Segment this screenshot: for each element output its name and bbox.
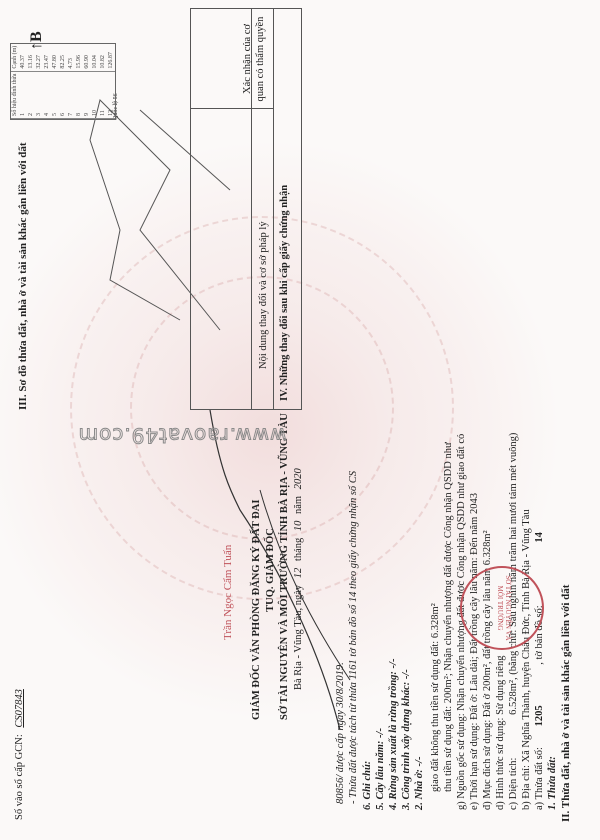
coordinate-row: 74.73 <box>67 44 75 119</box>
coordinate-row: 213.16 <box>27 44 35 119</box>
usage-term: e) Thời hạn sử dụng: Đất ở: Lâu dài; Đất… <box>468 493 481 810</box>
north-arrow-icon: ↑B <box>30 31 43 50</box>
edge-length: 126.87 <box>107 44 115 71</box>
coordinate-row: 682.25 <box>59 44 67 119</box>
vertex-number: 2 <box>27 71 35 118</box>
certificate-scan: II. Thửa đất, nhà ở và tài sản khác gắn … <box>0 0 600 840</box>
stamp-text: SỞ TÀI NGUYÊN VÀ MÔI TRƯỜNG <box>496 568 512 648</box>
register-line: Số vào sổ cấp GCN: CS07843 <box>13 689 26 820</box>
parcel-number: 1205 <box>534 705 545 726</box>
usage-form: d) Hình thức sử dụng: Sử dụng riêng <box>494 656 507 810</box>
edge-length: 82.25 <box>59 44 67 71</box>
coordinate-row: 815.96 <box>75 44 83 119</box>
vertex-number: 5 <box>51 71 59 118</box>
vertex-number: 6 <box>59 71 67 118</box>
edge-length: 10.82 <box>99 44 107 71</box>
coordinate-row: 547.80 <box>51 44 59 119</box>
usage-origin-2: thu tiền sử dụng đất: 200m²; Nhận chuyển… <box>442 442 455 792</box>
edge-length: 47.80 <box>51 44 59 71</box>
vertex-number: 7 <box>67 71 75 118</box>
coordinate-table: Số hiệu đỉnh thửaCạnh (m) 140.37213.1633… <box>10 43 116 120</box>
vertex-number: 10 <box>91 71 99 118</box>
coordinate-row: 332.27 <box>35 44 43 119</box>
vertex-number: 9 <box>83 71 91 118</box>
map-sheet-number: 14 <box>534 532 545 543</box>
edge-length: 10.04 <box>91 44 99 71</box>
edge-length: 4.73 <box>67 44 75 71</box>
area-label: c) Diện tích: <box>508 758 519 810</box>
vertex-number: 3 <box>35 71 43 118</box>
address: b) Địa chỉ: Xã Nghĩa Thành, huyện Châu Đ… <box>520 509 533 810</box>
vertex-number: 12 <box>107 71 115 118</box>
register-number: CS07843 <box>14 689 25 728</box>
coordinate-row: 1010.04 <box>91 44 99 119</box>
section2-sub1: 1. Thửa đất: <box>546 756 559 810</box>
section4-col1: Nội dung thay đổi và cơ sở pháp lý <box>257 221 270 369</box>
forest-line: 4. Rừng sản xuất là rừng trồng: -/- <box>387 659 400 810</box>
official-stamp: SỞ TÀI NGUYÊN VÀ MÔI TRƯỜNG <box>460 566 544 650</box>
parcel-number-label: a) Thửa đất số: <box>534 747 545 810</box>
north-label: B <box>28 31 45 42</box>
section4-heading: IV. Những thay đổi sau khi cấp giấy chứn… <box>279 185 290 401</box>
coords-header-vertex: Số hiệu đỉnh thửa <box>11 71 19 118</box>
vertex-number: 8 <box>75 71 83 118</box>
signer-name: Trần Ngọc Cẩm Tuấn <box>222 545 235 640</box>
watermark: www.raovat49.com <box>78 424 287 448</box>
changes-table: IV. Những thay đổi sau khi cấp giấy chứn… <box>190 8 302 410</box>
perennial-line: 5. Cây lâu năm: -/- <box>374 728 387 810</box>
edge-length: 60.90 <box>83 44 91 71</box>
section2-heading: II. Thửa đất, nhà ở và tài sản khác gắn … <box>560 585 573 822</box>
house-line: 2. Nhà ở: -/- <box>413 757 426 810</box>
other-works-line: 3. Công trình xây dựng khác: -/- <box>400 669 413 810</box>
section3-heading: III. Sơ đồ thửa đất, nhà ở và tài sản kh… <box>17 142 30 410</box>
edge-length: 40.37 <box>19 44 27 71</box>
coordinate-row: 12126.87 <box>107 44 115 119</box>
coordinate-row: 140.37 <box>19 44 27 119</box>
vertex-number: 11 <box>99 71 107 118</box>
coords-header-edge: Cạnh (m) <box>11 44 19 71</box>
certificate-sheet: II. Thửa đất, nhà ở và tài sản khác gắn … <box>0 0 600 840</box>
usage-origin-3: giao đất không thu tiền sử dụng đất: 6.3… <box>429 603 442 792</box>
coordinate-row: 960.90 <box>83 44 91 119</box>
edge-length: 15.96 <box>75 44 83 71</box>
register-label: Số vào sổ cấp GCN: <box>14 734 25 820</box>
coordinate-row: 1110.82 <box>99 44 107 119</box>
coordinate-row: 423.47 <box>43 44 51 119</box>
section4-col2: Xác nhận của cơ quan có thẩm quyền <box>241 14 267 104</box>
parcel-number-row: a) Thửa đất số: 1205 , tờ bản đồ số: 14 <box>533 532 546 810</box>
notes-heading: 6. Ghi chú: <box>361 761 374 810</box>
vertex-number: 1 <box>19 71 27 118</box>
vertex-number: 4 <box>43 71 51 118</box>
